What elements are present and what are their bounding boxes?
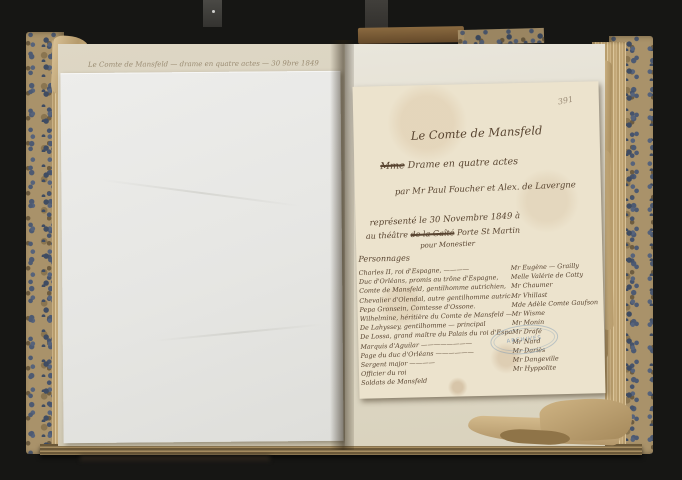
struck-word: Mme bbox=[380, 160, 405, 172]
authors-line: par Mr Paul Foucher et Alex. de Lavergne bbox=[395, 180, 576, 197]
reflection-streak bbox=[80, 456, 270, 461]
paper-crease bbox=[102, 179, 301, 207]
pencil-inscription: Le Comte de Mansfeld — drame en quatre a… bbox=[88, 59, 338, 69]
blank-white-sheet bbox=[60, 71, 343, 443]
spine-headcap bbox=[358, 26, 464, 44]
folio-number: 391 bbox=[557, 95, 574, 107]
book-press-clamp-left bbox=[203, 0, 222, 27]
paper-crease bbox=[153, 324, 322, 342]
subtitle-text: Drame en quatre actes bbox=[407, 156, 518, 171]
play-subtitle: Mme Drame en quatre actes bbox=[380, 156, 518, 172]
gutter-shadow bbox=[330, 40, 354, 450]
struck-theatre-name: de la Gaîté bbox=[410, 228, 454, 239]
cast-actor bbox=[513, 377, 601, 380]
theatre-name: Porte St Martin bbox=[457, 226, 520, 238]
play-title: Le Comte de Mansfeld bbox=[353, 121, 599, 146]
manuscript-title-page: 391 Le Comte de Mansfeld Mme Drame en qu… bbox=[352, 81, 605, 399]
cast-actor: Mr Wisme bbox=[512, 308, 600, 318]
photograph-of-open-register: Le Comte de Mansfeld — drame en quatre a… bbox=[0, 0, 682, 480]
cast-heading: Personnages bbox=[358, 254, 410, 264]
cast-actor: Mr Dangeville bbox=[513, 354, 601, 364]
marbled-headcap-edge bbox=[458, 28, 544, 45]
cast-actor: Mr Vhillast bbox=[511, 290, 599, 300]
cast-actor: Mde Adèle Comte Gaufson bbox=[511, 299, 599, 309]
cast-list: Charles II, roi d'Espagne, ———— Mr Eugèn… bbox=[359, 263, 602, 388]
theatre-line: au théâtre de la Gaîté Porte St Martin bbox=[366, 226, 521, 241]
interline-note: pour Monestier bbox=[420, 240, 475, 250]
archive-stamp-text: ARCHIVES bbox=[506, 335, 542, 345]
dust-speck bbox=[212, 10, 215, 13]
cast-actor: Mr Chaumer bbox=[511, 280, 599, 290]
theatre-pre: au théâtre bbox=[366, 230, 408, 241]
